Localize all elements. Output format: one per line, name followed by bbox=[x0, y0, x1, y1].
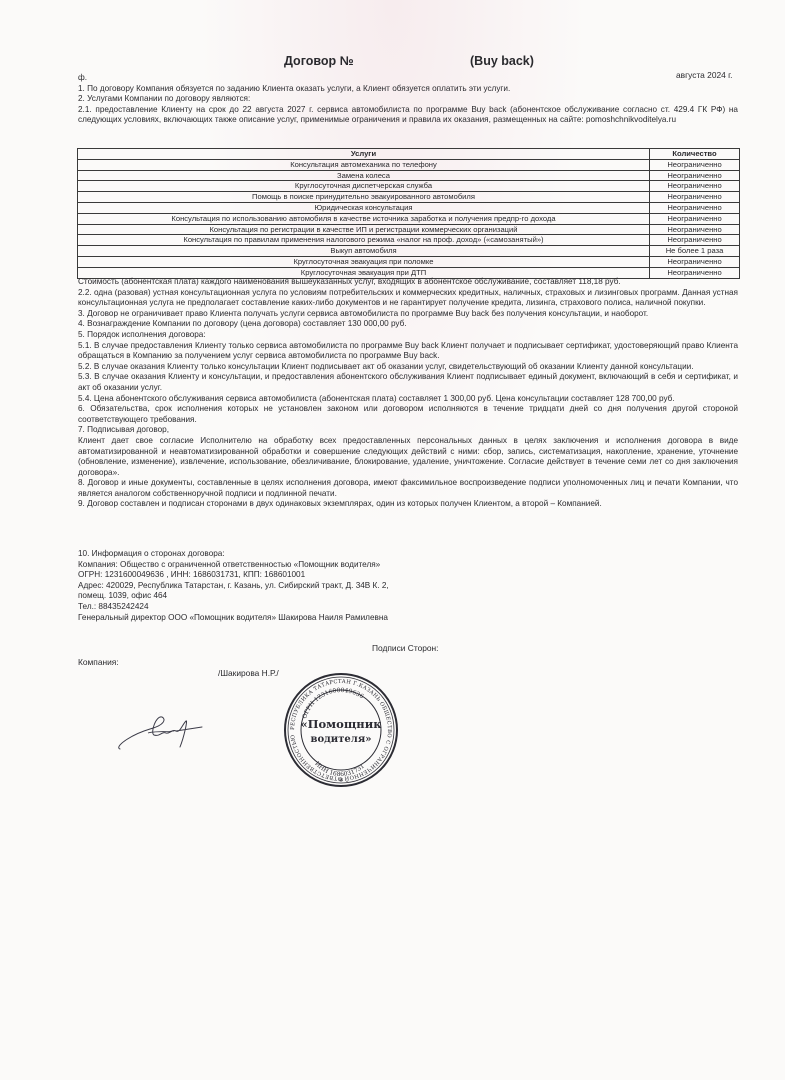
service-quantity-cell: Неограниченно bbox=[650, 159, 740, 170]
service-name-cell: Круглосуточная диспетчерская служба bbox=[78, 181, 650, 192]
clause-8: 8. Договор и иные документы, составленны… bbox=[78, 478, 738, 499]
handwritten-signature-icon bbox=[110, 707, 220, 757]
column-header-quantity: Количество bbox=[650, 149, 740, 160]
table-row: Замена колесаНеограниченно bbox=[78, 170, 740, 181]
service-quantity-cell: Неограниченно bbox=[650, 192, 740, 203]
table-row: Помощь в поиске принудительно эвакуирова… bbox=[78, 192, 740, 203]
company-director: Генеральный директор ООО «Помощник водит… bbox=[78, 613, 738, 624]
contract-page: Договор № (Buy back) августа 2024 г. ф. … bbox=[0, 0, 785, 1080]
table-row: Круглосуточная эвакуация при поломкеНеог… bbox=[78, 256, 740, 267]
service-name-cell: Круглосуточная эвакуация при поломке bbox=[78, 256, 650, 267]
parties-info: 10. Информация о сторонах договора: Комп… bbox=[78, 549, 738, 623]
table-row: Юридическая консультацияНеограниченно bbox=[78, 202, 740, 213]
signatures-title: Подписи Сторон: bbox=[372, 643, 439, 653]
service-quantity-cell: Неограниченно bbox=[650, 170, 740, 181]
company-stamp-icon: РЕСПУБЛИКА ТАТАРСТАН Г.КАЗАНЬ ОБЩЕСТВО С… bbox=[283, 672, 399, 788]
clause-5-2: 5.2. В случае оказания Клиенту только ко… bbox=[78, 362, 738, 373]
services-table: Услуги Количество Консультация автомехан… bbox=[77, 148, 740, 279]
intro-clauses: ф. 1. По договору Компания обязуется по … bbox=[78, 73, 738, 126]
table-header-row: Услуги Количество bbox=[78, 149, 740, 160]
stamp-name-line-2: водителя» bbox=[311, 734, 372, 745]
company-ids: ОГРН: 1231600049636 , ИНН: 1686031731, К… bbox=[78, 570, 738, 581]
service-quantity-cell: Неограниченно bbox=[650, 224, 740, 235]
table-row: Консультация по правилам применения нало… bbox=[78, 235, 740, 246]
column-header-services: Услуги bbox=[78, 149, 650, 160]
company-name: Компания: Общество с ограниченной ответс… bbox=[78, 560, 738, 571]
service-name-cell: Консультация по регистрации в качестве И… bbox=[78, 224, 650, 235]
clause-5-4: 5.4. Цена абонентского обслуживания серв… bbox=[78, 394, 738, 405]
clause-9: 9. Договор составлен и подписан сторонам… bbox=[78, 499, 738, 510]
city-prefix: ф. bbox=[78, 73, 738, 84]
clause-6: 6. Обязательства, срок исполнения которы… bbox=[78, 404, 738, 425]
clause-5-1: 5.1. В случае предоставления Клиенту тол… bbox=[78, 341, 738, 362]
service-name-cell: Консультация по использованию автомобиля… bbox=[78, 213, 650, 224]
body-clauses: Стоимость (абонентская плата) каждого на… bbox=[78, 277, 738, 510]
table-row: Консультация автомеханика по телефонуНео… bbox=[78, 159, 740, 170]
clause-5: 5. Порядок исполнения договора: bbox=[78, 330, 738, 341]
company-signature-label: Компания: bbox=[78, 657, 119, 667]
service-name-cell: Юридическая консультация bbox=[78, 202, 650, 213]
service-quantity-cell: Неограниченно bbox=[650, 202, 740, 213]
clause-2: 2. Услугами Компании по договору являютс… bbox=[78, 94, 738, 105]
company-phone: Тел.: 88435242424 bbox=[78, 602, 738, 613]
cost-note: Стоимость (абонентская плата) каждого на… bbox=[78, 277, 738, 288]
service-quantity-cell: Неограниченно bbox=[650, 213, 740, 224]
table-row: Консультация по регистрации в качестве И… bbox=[78, 224, 740, 235]
clause-1: 1. По договору Компания обязуется по зад… bbox=[78, 84, 738, 95]
clause-5-3: 5.3. В случае оказания Клиенту и консуль… bbox=[78, 372, 738, 393]
service-quantity-cell: Неограниченно bbox=[650, 181, 740, 192]
clause-2-2: 2.2. одна (разовая) устная консультацион… bbox=[78, 288, 738, 309]
clause-3: 3. Договор не ограничивает право Клиента… bbox=[78, 309, 738, 320]
program-name: (Buy back) bbox=[470, 54, 534, 68]
service-name-cell: Замена колеса bbox=[78, 170, 650, 181]
service-name-cell: Консультация по правилам применения нало… bbox=[78, 235, 650, 246]
service-quantity-cell: Не более 1 раза bbox=[650, 246, 740, 257]
table-row: Консультация по использованию автомобиля… bbox=[78, 213, 740, 224]
table-row: Выкуп автомобиляНе более 1 раза bbox=[78, 246, 740, 257]
signer-name: /Шакирова Н.Р./ bbox=[218, 668, 279, 678]
service-name-cell: Помощь в поиске принудительно эвакуирова… bbox=[78, 192, 650, 203]
service-name-cell: Консультация автомеханика по телефону bbox=[78, 159, 650, 170]
clause-7-title: 7. Подписывая договор, bbox=[78, 425, 738, 436]
stamp-emblem-icon: ✲ bbox=[338, 777, 343, 784]
clause-7: Клиент дает свое согласие Исполнителю на… bbox=[78, 436, 738, 478]
table-row: Круглосуточная диспетчерская службаНеогр… bbox=[78, 181, 740, 192]
company-address-line-2: помещ. 1039, офис 464 bbox=[78, 591, 738, 602]
stamp-name-line-1: «Помощник bbox=[300, 717, 382, 731]
clause-4: 4. Вознаграждение Компании по договору (… bbox=[78, 319, 738, 330]
service-quantity-cell: Неограниченно bbox=[650, 256, 740, 267]
company-address-line-1: Адрес: 420029, Республика Татарстан, г. … bbox=[78, 581, 738, 592]
service-quantity-cell: Неограниченно bbox=[650, 235, 740, 246]
service-name-cell: Выкуп автомобиля bbox=[78, 246, 650, 257]
clause-2-1: 2.1. предоставление Клиенту на срок до 2… bbox=[78, 105, 738, 126]
contract-number-title: Договор № bbox=[284, 54, 354, 68]
parties-title: 10. Информация о сторонах договора: bbox=[78, 549, 738, 560]
